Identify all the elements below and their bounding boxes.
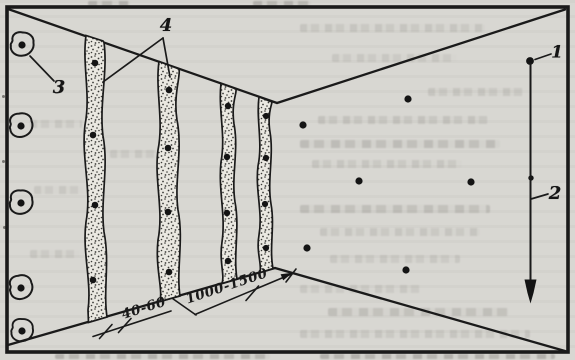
- nail-dot: [18, 327, 25, 334]
- callout-label-nail: 1: [551, 45, 563, 62]
- nail-dot: [263, 245, 269, 251]
- plaster-marks: [8, 31, 35, 342]
- callout-leaders: [30, 38, 551, 199]
- plaster-mark-nails: [17, 41, 25, 334]
- nail-dot: [263, 155, 269, 161]
- leader-plumb: [531, 194, 548, 199]
- nail-dot: [404, 95, 411, 102]
- ceiling-edge-right-wall: [277, 10, 565, 104]
- nail-dot: [17, 122, 24, 129]
- nail-dot: [166, 87, 173, 94]
- callout-label-plumb: 2: [549, 185, 562, 203]
- nail-dot: [467, 178, 474, 185]
- nail-dot: [165, 209, 172, 216]
- nail-dot: [402, 266, 409, 273]
- right-wall-nails: [299, 57, 533, 274]
- nail-dot: [92, 60, 99, 67]
- nail-dot: [303, 244, 310, 251]
- beacon-strip-3: [220, 84, 237, 284]
- plumb-bob-arrow: [525, 280, 537, 304]
- nail-dot: [224, 154, 230, 160]
- beacon-strip-2: [157, 62, 180, 302]
- nail-dot: [92, 202, 99, 209]
- callout-label-mark: 3: [53, 79, 66, 97]
- nail-dot: [263, 113, 269, 119]
- nail-dot: [17, 199, 24, 206]
- nail-dot: [224, 210, 230, 216]
- callout-label-beacon: 4: [160, 17, 173, 35]
- dimension-tick: [246, 286, 259, 301]
- figure-canvas: 1 2 3 4 40-60 1000-1500: [0, 0, 575, 360]
- nail-dot: [225, 258, 231, 264]
- nail-dot: [18, 41, 25, 48]
- nail-dot: [90, 132, 97, 139]
- nail-dot: [17, 284, 24, 291]
- nail-dot: [262, 201, 268, 207]
- nail-dot: [90, 277, 97, 284]
- nail-dot: [225, 103, 231, 109]
- leader-mark: [30, 56, 54, 81]
- diagram-svg: [0, 0, 575, 360]
- plumb-cord: [525, 63, 537, 304]
- nail-dot: [355, 177, 362, 184]
- leader-nail: [535, 54, 551, 60]
- nail-dot: [299, 121, 306, 128]
- nail-dot: [166, 269, 173, 276]
- nail-dot: [165, 145, 172, 152]
- floor-edge-right-wall: [275, 268, 565, 351]
